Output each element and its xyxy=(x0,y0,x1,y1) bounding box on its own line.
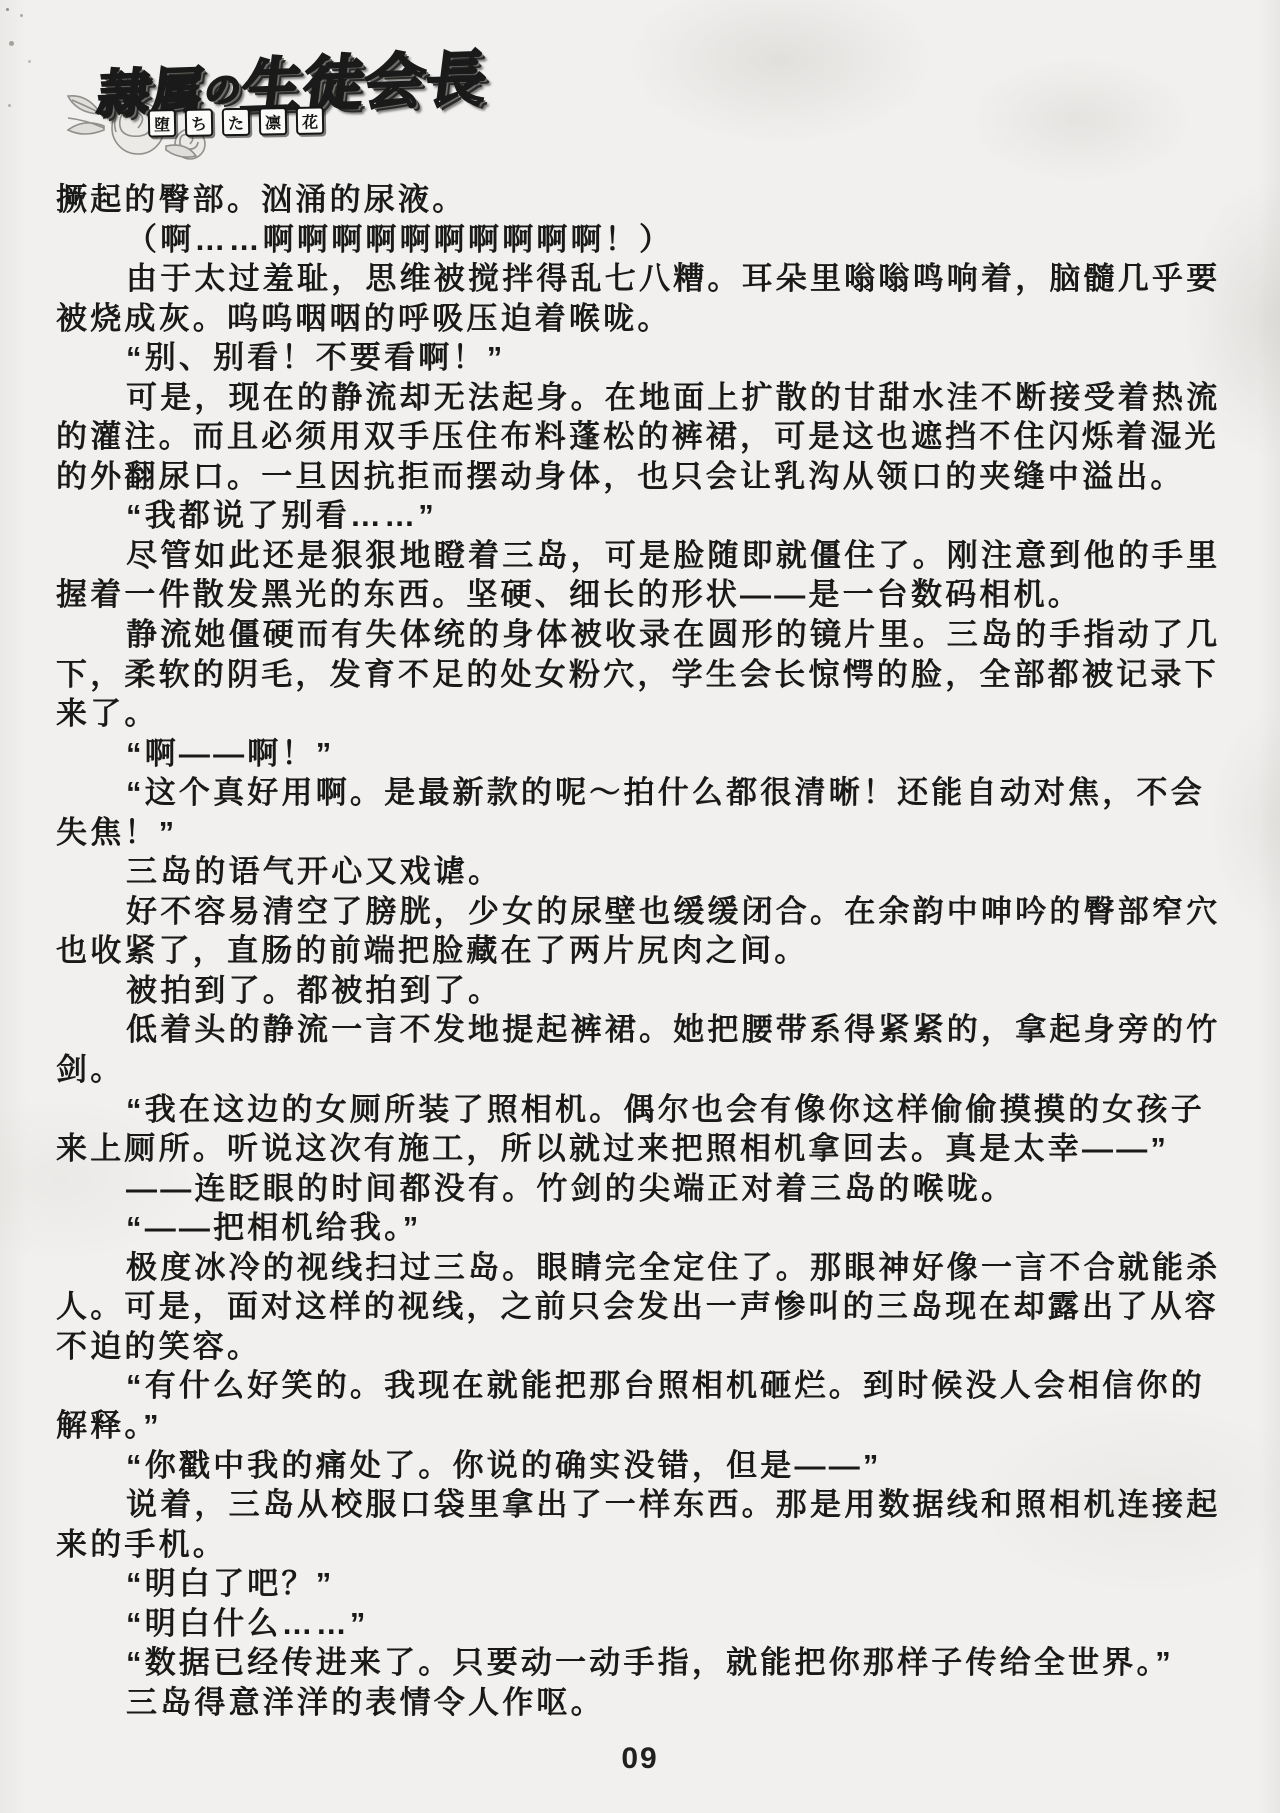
text-line: 被烧成灰。呜呜咽咽的呼吸压迫着喉咙。 xyxy=(56,299,1242,339)
body-text: 撅起的臀部。汹涌的尿液。（啊……啊啊啊啊啊啊啊啊啊啊！）由于太过羞耻，思维被搅拌… xyxy=(56,180,1242,1722)
text-line: 的外翻尿口。一旦因抗拒而摆动身体，也只会让乳沟从领口的夹缝中溢出。 xyxy=(56,457,1242,497)
text-line: “我在这边的女厕所装了照相机。偶尔也会有像你这样偷偷摸摸的女孩子 xyxy=(56,1090,1242,1130)
page-number: 09 xyxy=(0,1742,1280,1776)
text-line: 剑。 xyxy=(56,1050,1242,1090)
text-line: 静流她僵硬而有失体统的身体被收录在圆形的镜片里。三岛的手指动了几 xyxy=(56,615,1242,655)
text-line: “有什么好笑的。我现在就能把那台照相机砸烂。到时候没人会相信你的 xyxy=(56,1366,1242,1406)
text-line: 可是，现在的静流却无法起身。在地面上扩散的甘甜水洼不断接受着热流 xyxy=(56,378,1242,418)
logo-subtitle-char: 堕 xyxy=(148,109,176,137)
text-line: 来上厕所。听说这次有施工，所以就过来把照相机拿回去。真是太幸——” xyxy=(56,1129,1242,1169)
text-line: 握着一件散发黑光的东西。坚硬、细长的形状——是一台数码相机。 xyxy=(56,575,1242,615)
text-line: “——把相机给我。” xyxy=(56,1208,1242,1248)
text-line: 低着头的静流一言不发地提起裤裙。她把腰带系得紧紧的，拿起身旁的竹 xyxy=(56,1010,1242,1050)
text-line: 下，柔软的阴毛，发育不足的处女粉穴，学生会长惊愕的脸，全部都被记录下 xyxy=(56,655,1242,695)
text-line: 也收紧了，直肠的前端把脸藏在了两片尻肉之间。 xyxy=(56,931,1242,971)
text-line: 来了。 xyxy=(56,694,1242,734)
text-line: 三岛的语气开心又戏谑。 xyxy=(56,852,1242,892)
logo-subtitle-char: ち xyxy=(185,108,213,136)
logo-title-part2: の xyxy=(202,69,244,111)
text-line: 说着，三岛从校服口袋里拿出了一样东西。那是用数据线和照相机连接起 xyxy=(56,1485,1242,1525)
text-line: “你戳中我的痛处了。你说的确实没错，但是——” xyxy=(56,1446,1242,1486)
text-line: “数据已经传进来了。只要动一动手指，就能把你那样子传给全世界。” xyxy=(56,1643,1242,1683)
logo-subtitle-char: 凛 xyxy=(259,107,287,135)
text-line: “啊——啊！” xyxy=(56,734,1242,774)
text-line: “这个真好用啊。是最新款的呢～拍什么都很清晰！还能自动对焦，不会 xyxy=(56,773,1242,813)
text-line: 由于太过羞耻，思维被搅拌得乱七八糟。耳朵里嗡嗡鸣响着，脑髓几乎要 xyxy=(56,259,1242,299)
text-line: （啊……啊啊啊啊啊啊啊啊啊啊！） xyxy=(56,220,1242,260)
logo-subtitle: 堕 ち た 凛 花 xyxy=(148,106,324,137)
text-line: 好不容易清空了膀胱，少女的尿壁也缓缓闭合。在余韵中呻吟的臀部窄穴 xyxy=(56,892,1242,932)
text-line: “我都说了别看……” xyxy=(56,496,1242,536)
text-line: 不迫的笑容。 xyxy=(56,1327,1242,1367)
text-line: 极度冰冷的视线扫过三岛。眼睛完全定住了。那眼神好像一言不合就能杀 xyxy=(56,1248,1242,1288)
text-line: “明白什么……” xyxy=(56,1604,1242,1644)
text-line: 来的手机。 xyxy=(56,1525,1242,1565)
text-line: 撅起的臀部。汹涌的尿液。 xyxy=(56,180,1242,220)
text-line: 尽管如此还是狠狠地瞪着三岛，可是脸随即就僵住了。刚注意到他的手里 xyxy=(56,536,1242,576)
text-line: 失焦！” xyxy=(56,813,1242,853)
text-line: 人。可是，面对这样的视线，之前只会发出一声惨叫的三岛现在却露出了从容 xyxy=(56,1287,1242,1327)
text-line: ——连眨眼的时间都没有。竹剑的尖端正对着三岛的喉咙。 xyxy=(56,1169,1242,1209)
text-line: “明白了吧？” xyxy=(56,1564,1242,1604)
text-line: 被拍到了。都被拍到了。 xyxy=(56,971,1242,1011)
logo-subtitle-char: 花 xyxy=(296,106,324,134)
text-line: “别、别看！不要看啊！” xyxy=(56,338,1242,378)
text-line: 解释。” xyxy=(56,1406,1242,1446)
title-logo: 隷属の生徒会長 堕 ち た 凛 花 xyxy=(52,26,482,146)
text-line: 的灌注。而且必须用双手压住布料蓬松的裤裙，可是这也遮挡不住闪烁着湿光 xyxy=(56,417,1242,457)
scan-specks xyxy=(6,8,9,11)
text-line: 三岛得意洋洋的表情令人作呕。 xyxy=(56,1683,1242,1723)
logo-subtitle-char: た xyxy=(222,108,250,136)
